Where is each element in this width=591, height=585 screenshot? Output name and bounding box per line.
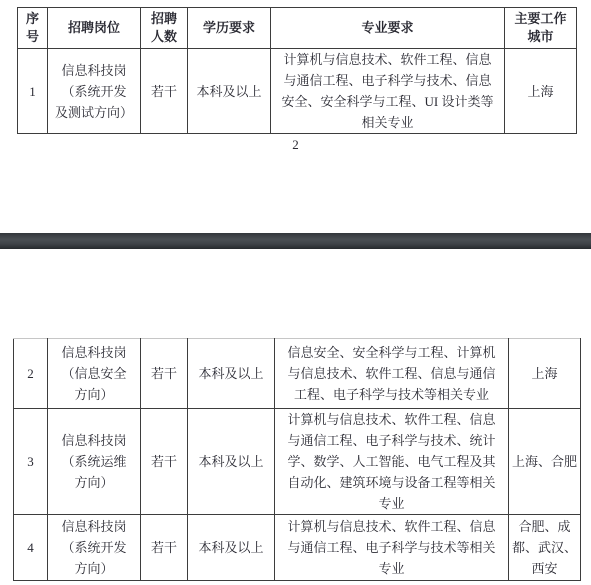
cell-work-city: 合肥、成 都、武汉、 西安: [509, 515, 581, 581]
cell-education: 本科及以上: [188, 515, 275, 581]
cell-position: 信息科技岗 （系统运维 方向）: [48, 409, 141, 515]
cell-serial-number: 3: [14, 409, 48, 515]
recruitment-table-page-3: 2 信息科技岗 （信息安全 方向） 若干 本科及以上 信息安全、安全科学与工程、…: [13, 338, 581, 581]
cell-education: 本科及以上: [188, 339, 275, 409]
header-position: 招聘岗位: [48, 8, 141, 49]
cell-serial-number: 4: [14, 515, 48, 581]
cell-headcount: 若干: [141, 49, 188, 134]
cell-position: 信息科技岗 （系统开发 及测试方向）: [48, 49, 141, 134]
cell-work-city: 上海: [505, 49, 577, 134]
page-number: 2: [0, 137, 591, 153]
table-header-row: 序 号 招聘岗位 招聘 人数 学历要求 专业要求 主要工作 城市: [18, 8, 577, 49]
cell-headcount: 若干: [141, 339, 188, 409]
pdf-document-view: 序 号 招聘岗位 招聘 人数 学历要求 专业要求 主要工作 城市 1 信息科技岗…: [0, 0, 591, 585]
cell-education: 本科及以上: [188, 49, 271, 134]
header-headcount: 招聘 人数: [141, 8, 188, 49]
table-row: 3 信息科技岗 （系统运维 方向） 若干 本科及以上 计算机与信息技术、软件工程…: [14, 409, 581, 515]
header-majors: 专业要求: [271, 8, 505, 49]
page-separator-bar: [0, 233, 591, 249]
table-row: 4 信息科技岗 （系统开发 方向） 若干 本科及以上 计算机与信息技术、软件工程…: [14, 515, 581, 581]
table-row: 2 信息科技岗 （信息安全 方向） 若干 本科及以上 信息安全、安全科学与工程、…: [14, 339, 581, 409]
cell-serial-number: 1: [18, 49, 48, 134]
cell-majors: 信息安全、安全科学与工程、计算机 与信息技术、软件工程、信息与通信 工程、电子科…: [275, 339, 509, 409]
header-work-city: 主要工作 城市: [505, 8, 577, 49]
cell-majors: 计算机与信息技术、软件工程、信息 与通信工程、电子科学与技术等相关 专业: [275, 515, 509, 581]
header-education: 学历要求: [188, 8, 271, 49]
cell-majors: 计算机与信息技术、软件工程、信息 与通信工程、电子科学与技术、统计 学、数学、人…: [275, 409, 509, 515]
cell-work-city: 上海: [509, 339, 581, 409]
cell-work-city: 上海、合肥: [509, 409, 581, 515]
cell-headcount: 若干: [141, 515, 188, 581]
cell-headcount: 若干: [141, 409, 188, 515]
recruitment-table-page-2: 序 号 招聘岗位 招聘 人数 学历要求 专业要求 主要工作 城市 1 信息科技岗…: [17, 7, 577, 134]
header-serial-number: 序 号: [18, 8, 48, 49]
table-row: 1 信息科技岗 （系统开发 及测试方向） 若干 本科及以上 计算机与信息技术、软…: [18, 49, 577, 134]
cell-position: 信息科技岗 （信息安全 方向）: [48, 339, 141, 409]
cell-serial-number: 2: [14, 339, 48, 409]
cell-education: 本科及以上: [188, 409, 275, 515]
cell-majors: 计算机与信息技术、软件工程、信息 与通信工程、电子科学与技术、信息 安全、安全科…: [271, 49, 505, 134]
cell-position: 信息科技岗 （系统开发 方向）: [48, 515, 141, 581]
